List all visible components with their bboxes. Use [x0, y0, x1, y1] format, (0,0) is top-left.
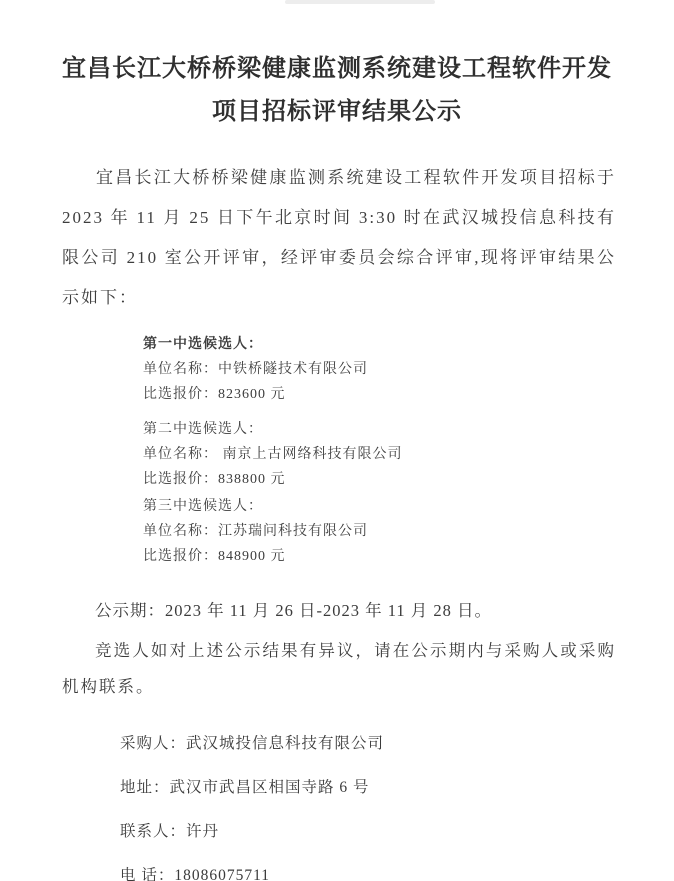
- candidate-block-first: 第一中选候选人： 单位名称：中铁桥隧技术有限公司 比选报价：823600 元: [143, 332, 674, 407]
- candidate-list: 第一中选候选人： 单位名称：中铁桥隧技术有限公司 比选报价：823600 元 第…: [143, 332, 674, 569]
- candidate-name: 单位名称： 南京上古网络科技有限公司: [143, 442, 674, 467]
- candidate-price: 比选报价：838800 元: [143, 467, 674, 492]
- objection-note: 竞选人如对上述公示结果有异议，请在公示期内与采购人或采购机构联系。: [62, 633, 616, 705]
- document-title: 宜昌长江大桥桥梁健康监测系统建设工程软件开发项目招标评审结果公示: [52, 48, 622, 134]
- candidate-rank-label: 第三中选候选人：: [143, 494, 674, 519]
- scan-artifact: [285, 0, 435, 4]
- purchaser-line: 采购人：武汉城投信息科技有限公司: [120, 733, 616, 755]
- candidate-rank-label: 第一中选候选人：: [143, 332, 674, 357]
- candidate-rank-label: 第二中选候选人：: [143, 417, 674, 442]
- phone-line: 电 话：18086075711: [120, 865, 616, 881]
- address-line: 地址：武汉市武昌区相国寺路 6 号: [120, 777, 616, 799]
- candidate-price: 比选报价：823600 元: [143, 382, 674, 407]
- candidate-price: 比选报价：848900 元: [143, 544, 674, 569]
- candidate-block-second: 第二中选候选人： 单位名称： 南京上古网络科技有限公司 比选报价：838800 …: [143, 417, 674, 492]
- candidate-name: 单位名称：中铁桥隧技术有限公司: [143, 357, 674, 382]
- candidate-block-third: 第三中选候选人： 单位名称：江苏瑞问科技有限公司 比选报价：848900 元: [143, 494, 674, 569]
- intro-paragraph: 宜昌长江大桥桥梁健康监测系统建设工程软件开发项目招标于2023 年 11 月 2…: [62, 158, 616, 318]
- publicity-period: 公示期：2023 年 11 月 26 日-2023 年 11 月 28 日。: [62, 599, 616, 623]
- document-page: 宜昌长江大桥桥梁健康监测系统建设工程软件开发项目招标评审结果公示 宜昌长江大桥桥…: [0, 0, 674, 881]
- contact-info: 采购人：武汉城投信息科技有限公司 地址：武汉市武昌区相国寺路 6 号 联系人：许…: [120, 733, 616, 881]
- contact-person-line: 联系人：许丹: [120, 821, 616, 843]
- candidate-name: 单位名称：江苏瑞问科技有限公司: [143, 519, 674, 544]
